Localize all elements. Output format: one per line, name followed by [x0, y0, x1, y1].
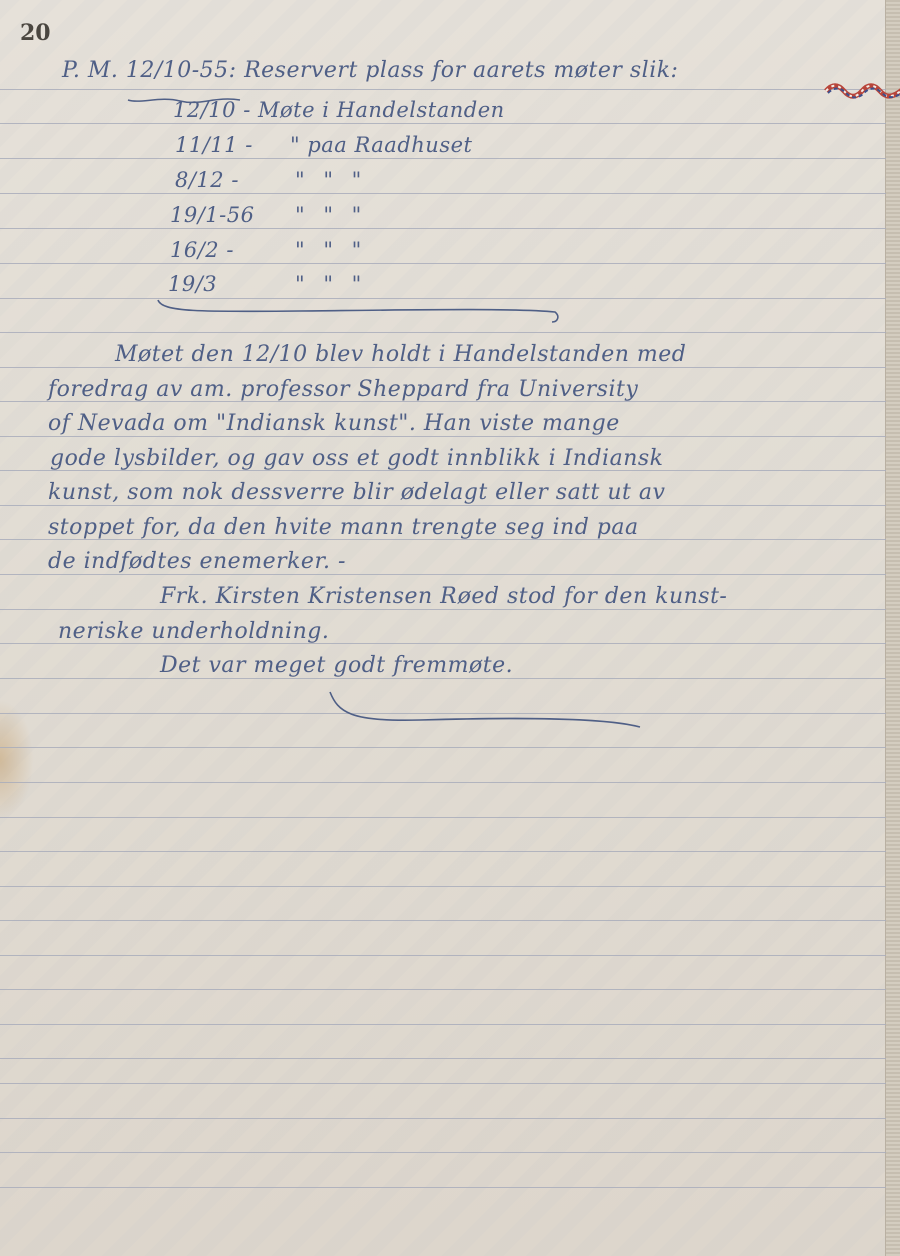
body-line: de indfødtes enemerker. - [48, 549, 346, 574]
schedule-text: " paa Raadhuset [290, 133, 472, 157]
ruled-line [0, 989, 886, 990]
book-binding [885, 0, 900, 1256]
ruled-line [0, 123, 886, 124]
ruled-line [0, 367, 886, 368]
ruled-line [0, 263, 886, 264]
ruled-line [0, 1118, 886, 1119]
body-line: kunst, som nok dessverre blir ødelagt el… [48, 480, 665, 505]
ruled-line [0, 298, 886, 299]
body-line: stoppet for, da den hvite mann trengte s… [48, 515, 639, 540]
schedule-text: " " " [295, 168, 367, 192]
schedule-date: 16/2 - [170, 238, 234, 262]
body-line: Møtet den 12/10 blev holdt i Handelstand… [115, 342, 686, 367]
schedule-text: Møte i Handelstanden [258, 98, 505, 122]
schedule-text: " " " [295, 238, 367, 262]
ruled-line [0, 228, 886, 229]
ruled-line [0, 817, 886, 818]
body-line: gode lysbilder, og gav oss et godt innbl… [50, 446, 663, 471]
ruled-line [0, 955, 886, 956]
ruled-line [0, 920, 886, 921]
ruled-line [0, 678, 886, 679]
ruled-line [0, 782, 886, 783]
ruled-line [0, 158, 886, 159]
ruled-line [0, 886, 886, 887]
entry-heading: P. M. 12/10-55: Reservert plass for aare… [62, 58, 678, 83]
ruled-line [0, 89, 886, 90]
schedule-date: 12/10 - [173, 98, 251, 122]
binding-cord-icon [822, 82, 900, 100]
schedule-date: 11/11 - [175, 133, 253, 157]
ruled-line [0, 193, 886, 194]
schedule-date: 19/1-56 [170, 203, 254, 227]
schedule-date: 8/12 - [175, 168, 239, 192]
ruled-line [0, 713, 886, 714]
ruled-line [0, 574, 886, 575]
ruled-line [0, 1083, 886, 1084]
schedule-text: " " " [295, 272, 367, 296]
schedule-text: " " " [295, 203, 367, 227]
schedule-date: 19/3 [168, 272, 217, 296]
body-line: of Nevada om "Indiansk kunst". Han viste… [48, 411, 620, 436]
ruled-line [0, 851, 886, 852]
ruled-line [0, 332, 886, 333]
ruled-line [0, 1187, 886, 1188]
paper-stain [0, 700, 34, 820]
ledger-page: 20 P. M. 12/10-55: Reservert plass for a… [0, 0, 900, 1256]
ruled-line [0, 1024, 886, 1025]
body-line: foredrag av am. professor Sheppard fra U… [48, 377, 638, 402]
ruled-line [0, 505, 886, 506]
ruled-line [0, 1058, 886, 1059]
page-number: 20 [20, 20, 51, 46]
ruled-line [0, 609, 886, 610]
body-line: Det var meget godt fremmøte. [160, 653, 513, 678]
ruled-line [0, 1152, 886, 1153]
ruled-line [0, 747, 886, 748]
ruled-line [0, 436, 886, 437]
body-line: neriske underholdning. [58, 619, 329, 644]
body-line: Frk. Kirsten Kristensen Røed stod for de… [160, 584, 727, 609]
